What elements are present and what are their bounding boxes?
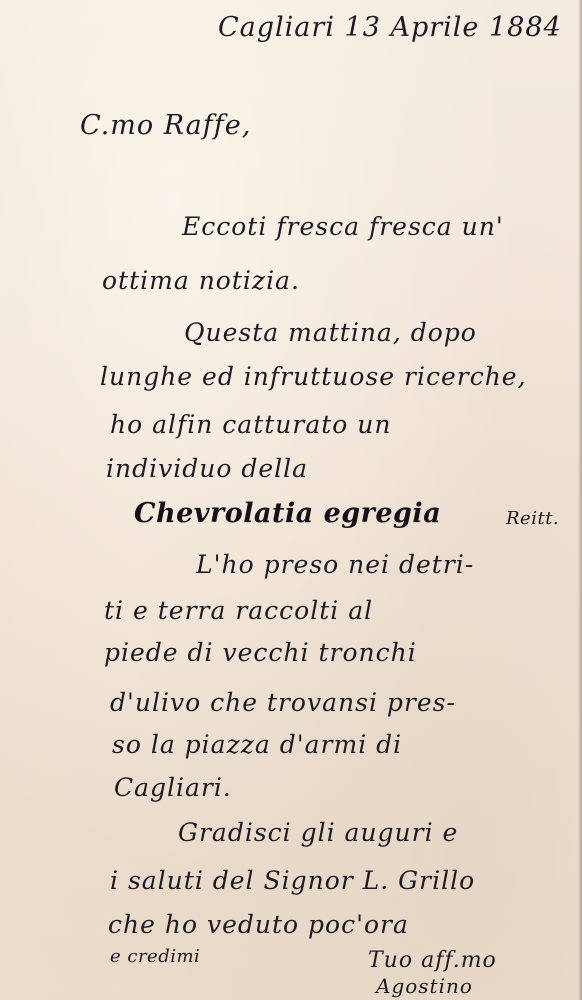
species-author: Reitt. (506, 510, 559, 528)
body-line-13: Gradisci gli auguri e (178, 820, 458, 845)
body-line-11: so la piazza d'armi di (112, 732, 402, 757)
body-line-1: Eccoti fresca fresca un' (182, 214, 504, 239)
body-line-5: ho alfin catturato un (110, 412, 392, 437)
paper-edge (578, 0, 582, 1000)
body-line-10: d'ulivo che trovansi pres- (110, 690, 456, 715)
body-line-6: individuo della (106, 456, 308, 481)
letter-page: Cagliari 13 Aprile 1884 C.mo Raffe, Ecco… (0, 0, 582, 1000)
body-line-7: L'ho preso nei detri- (196, 552, 474, 577)
body-line-3: Questa mattina, dopo (184, 320, 477, 345)
body-line-12: Cagliari. (114, 775, 232, 800)
dateline: Cagliari 13 Aprile 1884 (218, 14, 562, 41)
body-line-2: ottima notizia. (102, 268, 300, 293)
species-name: Chevrolatia egregia (134, 500, 441, 527)
closing: Tuo aff.mo (368, 950, 497, 972)
body-line-14: i saluti del Signor L. Grillo (110, 868, 475, 893)
body-line-16: e credimi (110, 948, 200, 966)
body-line-9: piede di vecchi tronchi (104, 640, 417, 665)
body-line-8: ti e terra raccolti al (104, 598, 373, 623)
salutation: C.mo Raffe, (80, 112, 251, 139)
body-line-15: che ho veduto poc'ora (108, 912, 409, 937)
body-line-4: lunghe ed infruttuose ricerche, (100, 364, 527, 389)
signature: Agostino (376, 976, 473, 996)
